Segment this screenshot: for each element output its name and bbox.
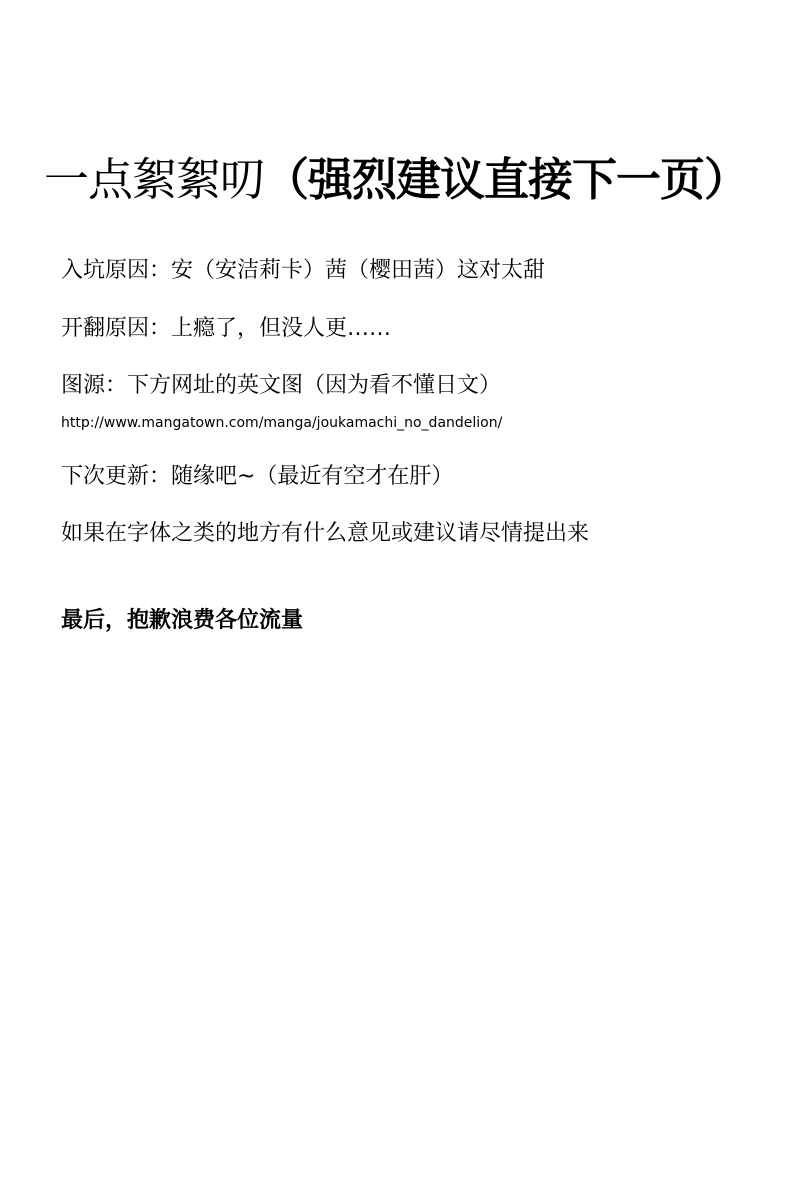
source-url-link[interactable]: http://www.mangatown.com/manga/joukamach…	[61, 414, 502, 432]
reason-start: 入坑原因：安（安洁莉卡）茜（樱田茜）这对太甜	[61, 256, 545, 286]
closing-note: 最后，抱歉浪费各位流量	[61, 606, 303, 636]
page-title: 一点絮絮叨（强烈建议直接下一页）	[44, 150, 748, 210]
title-note: （强烈建议直接下一页）	[264, 153, 748, 206]
image-source: 图源：下方网址的英文图（因为看不懂日文）	[61, 371, 501, 401]
reason-translate: 开翻原因：上瘾了，但没人更……	[61, 314, 391, 344]
feedback-note: 如果在字体之类的地方有什么意见或建议请尽情提出来	[61, 519, 589, 549]
next-update: 下次更新：随缘吧~（最近有空才在肝）	[61, 462, 453, 492]
title-main: 一点絮絮叨	[44, 153, 264, 206]
